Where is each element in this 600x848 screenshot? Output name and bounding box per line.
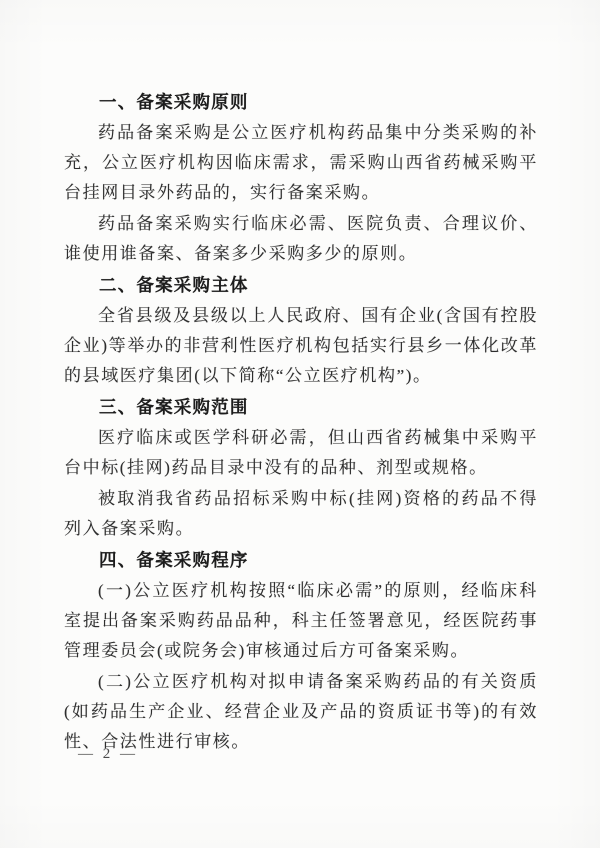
document-content: 一、备案采购原则 药品备案采购是公立医疗机构药品集中分类采购的补充，公立医疗机构…	[64, 86, 538, 758]
document-page: 一、备案采购原则 药品备案采购是公立医疗机构药品集中分类采购的补充，公立医疗机构…	[0, 0, 600, 848]
page-number: — 2 —	[78, 744, 138, 764]
paragraph: 医疗临床或医学科研必需，但山西省药械集中采购平台中标(挂网)药品目录中没有的品种…	[64, 423, 538, 483]
section-heading-filing-procurement-principles: 一、备案采购原则	[64, 87, 538, 117]
paragraph: 全省县级及县级以上人民政府、国有企业(含国有控股企业)等举办的非营利性医疗机构包…	[64, 301, 538, 391]
paragraph: 药品备案采购是公立医疗机构药品集中分类采购的补充，公立医疗机构因临床需求，需采购…	[64, 118, 538, 208]
section-heading-filing-procurement-entities: 二、备案采购主体	[64, 270, 538, 300]
section-heading-filing-procurement-procedure: 四、备案采购程序	[64, 545, 538, 575]
section-heading-filing-procurement-scope: 三、备案采购范围	[64, 392, 538, 422]
paragraph: 被取消我省药品招标采购中标(挂网)资格的药品不得列入备案采购。	[64, 484, 538, 544]
paragraph: (一)公立医疗机构按照“临床必需”的原则，经临床科室提出备案采购药品品种，科主任…	[64, 576, 538, 666]
paragraph: 药品备案采购实行临床必需、医院负责、合理议价、谁使用谁备案、备案多少采购多少的原…	[64, 209, 538, 269]
